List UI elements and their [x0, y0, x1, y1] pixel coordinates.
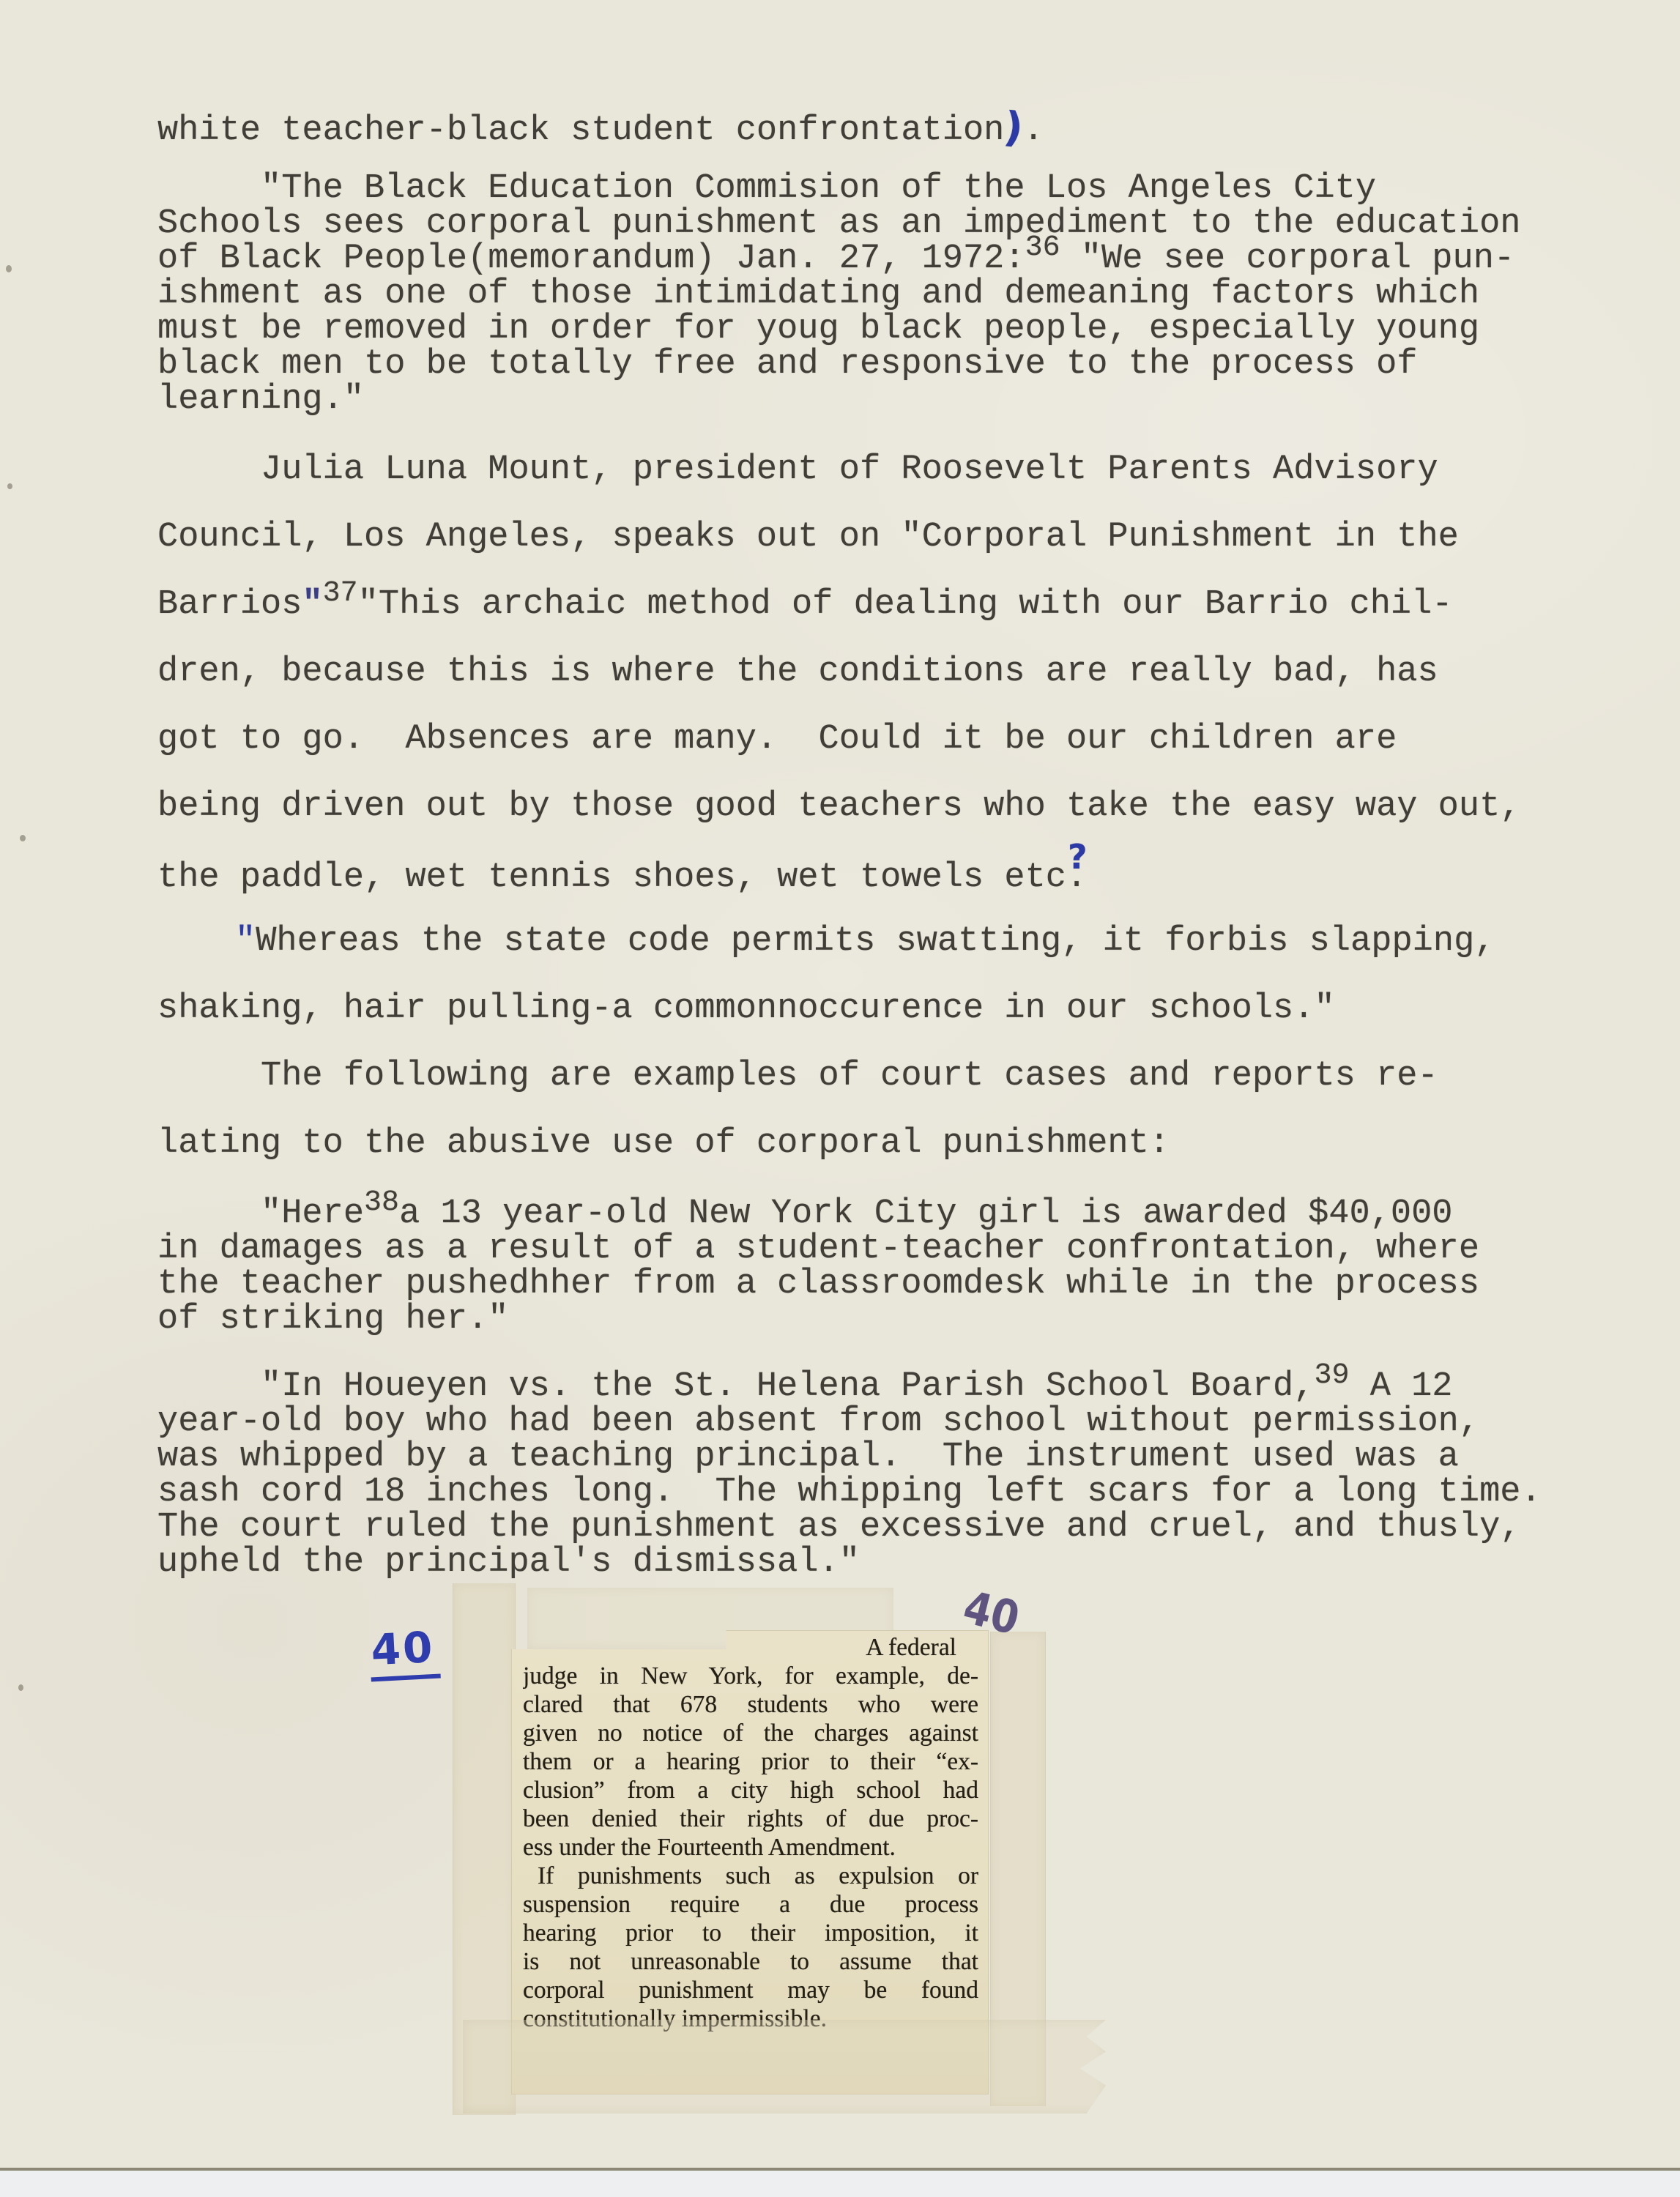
typed-text: The following are examples of court case…	[157, 1057, 1438, 1096]
clipping-text-column: A federal judge in New York, for example…	[511, 1630, 989, 2033]
typed-text: "This archaic method of dealing with our…	[358, 585, 1453, 624]
paragraph-2: "The Black Education Commision of the Lo…	[157, 171, 1615, 417]
typed-text: sash cord 18 inches long. The whipping l…	[157, 1473, 1542, 1512]
typed-line: white teacher-black student confrontatio…	[157, 108, 1615, 144]
typed-line: the paddle, wet tennis shoes, wet towels…	[157, 841, 1615, 908]
typed-text: in damages as a result of a student-teac…	[157, 1230, 1479, 1268]
clipping-line: ess under the Fourteenth Amendment.	[523, 1833, 978, 1862]
document-page: white teacher-black student confrontatio…	[0, 0, 1680, 2171]
typed-text: the teacher pushedhher from a classroomd…	[157, 1265, 1479, 1304]
typed-line: Schools sees corporal punishment as an i…	[157, 207, 1615, 242]
typed-line: was whipped by a teaching principal. The…	[157, 1440, 1615, 1475]
paragraph-1: white teacher-black student confrontatio…	[157, 108, 1615, 144]
typed-line: Council, Los Angeles, speaks out on "Cor…	[157, 504, 1615, 571]
typed-line: "In Houeyen vs. the St. Helena Parish Sc…	[157, 1369, 1615, 1405]
typed-text: shaking, hair pulling-a commonnoccurence…	[157, 989, 1335, 1028]
typed-text: got to go. Absences are many. Could it b…	[157, 720, 1397, 759]
handwritten-number-40-clipping: 40	[959, 1585, 1024, 1642]
typed-text: learning."	[157, 380, 364, 419]
typed-line: must be removed in order for youg black …	[157, 312, 1615, 347]
clipping-line: is not unreasonable to assume that	[523, 1947, 978, 1976]
handwritten-paren-annotation: )	[1003, 110, 1025, 146]
typed-text: .	[1023, 111, 1044, 150]
typed-text: Council, Los Angeles, speaks out on "Cor…	[157, 518, 1459, 557]
typed-line: The following are examples of court case…	[157, 1043, 1615, 1110]
typed-text: was whipped by a teaching principal. The…	[157, 1438, 1459, 1476]
typed-line: sash cord 18 inches long. The whipping l…	[157, 1475, 1615, 1510]
paper-speck	[18, 1684, 23, 1691]
footnote-number-38: 38	[364, 1186, 399, 1219]
typed-text: ishment as one of those intimidating and…	[157, 275, 1479, 313]
typed-text: being driven out by those good teachers …	[157, 787, 1521, 826]
typed-text: black men to be totally free and respons…	[157, 345, 1417, 384]
typed-line: black men to be totally free and respons…	[157, 347, 1615, 382]
typed-line: year-old boy who had been absent from sc…	[157, 1405, 1615, 1440]
clipping-line: them or a hearing prior to their “ex-	[523, 1747, 978, 1776]
typed-text: year-old boy who had been absent from sc…	[157, 1402, 1479, 1441]
typed-text: "The Black Education Commision of the Lo…	[157, 169, 1376, 208]
typed-text: "In Houeyen vs. the St. Helena Parish Sc…	[157, 1367, 1314, 1406]
paper-speck	[20, 835, 26, 841]
typed-text: Whereas the state code permits swatting,…	[256, 922, 1495, 961]
handwritten-quote-mark: "	[235, 922, 256, 961]
clipping-line: given no notice of the charges against	[523, 1719, 978, 1747]
typed-line: The court ruled the punishment as excess…	[157, 1510, 1615, 1545]
typed-text: Julia Luna Mount, president of Roosevelt…	[157, 450, 1438, 489]
typed-text: Schools sees corporal punishment as an i…	[157, 204, 1521, 243]
typed-text-block: white teacher-black student confrontatio…	[157, 108, 1615, 1580]
typed-text: a 13 year-old New York City girl is awar…	[399, 1194, 1452, 1233]
paper-speck	[7, 483, 12, 489]
typed-line: upheld the principal's dismissal."	[157, 1545, 1615, 1580]
typed-text: the paddle, wet tennis shoes, wet towels…	[157, 858, 1066, 897]
typed-text: lating to the abusive use of corporal pu…	[157, 1124, 1170, 1163]
clipping-line: suspension require a due process	[523, 1890, 978, 1919]
paragraph-6: "In Houeyen vs. the St. Helena Parish Sc…	[157, 1369, 1615, 1580]
footnote-number-39: 39	[1314, 1359, 1349, 1392]
typed-text: Barrios	[157, 585, 302, 624]
quote-mark-with-ink-blob: "	[302, 585, 322, 624]
clipping-line: If punishments such as expulsion or	[523, 1862, 978, 1890]
clipping-line: judge in New York, for example, de-	[523, 1662, 978, 1690]
typed-line: ishment as one of those intimidating and…	[157, 277, 1615, 312]
clipping-line: clusion” from a city high school had	[523, 1776, 978, 1804]
clipping-line: been denied their rights of due proc-	[523, 1804, 978, 1833]
typed-line: "Here38a 13 year-old New York City girl …	[157, 1197, 1615, 1232]
typed-line: in damages as a result of a student-teac…	[157, 1232, 1615, 1267]
typed-line: "Whereas the state code permits swatting…	[157, 908, 1615, 975]
tape-strip-bottom	[463, 2020, 1106, 2114]
typed-line: of striking her."	[157, 1302, 1615, 1337]
paragraph-5: "Here38a 13 year-old New York City girl …	[157, 1197, 1615, 1337]
typed-text: dren, because this is where the conditio…	[157, 653, 1438, 691]
clipping-line: hearing prior to their imposition, it	[523, 1919, 978, 1947]
handwritten-number-40-margin: 40	[368, 1626, 440, 1682]
typed-text: The court ruled the punishment as excess…	[157, 1508, 1521, 1547]
typed-line: shaking, hair pulling-a commonnoccurence…	[157, 975, 1615, 1043]
typed-line: the teacher pushedhher from a classroomd…	[157, 1267, 1615, 1302]
typed-line: being driven out by those good teachers …	[157, 773, 1615, 841]
paragraph-4: The following are examples of court case…	[157, 1043, 1615, 1178]
typed-text: must be removed in order for youg black …	[157, 310, 1479, 349]
footnote-number-37: 37	[323, 577, 358, 610]
footnote-number-36: 36	[1025, 231, 1060, 264]
typed-text: of striking her."	[157, 1300, 508, 1339]
typed-line: of Black People(memorandum) Jan. 27, 197…	[157, 242, 1615, 277]
typed-text: A 12	[1349, 1367, 1452, 1406]
typed-line: Julia Luna Mount, president of Roosevelt…	[157, 436, 1615, 504]
typed-text: "Here	[157, 1194, 364, 1233]
clipping-line: corporal punishment may be found	[523, 1976, 978, 2004]
typed-text: "We see corporal pun-	[1060, 239, 1515, 278]
clipping-line: clared that 678 students who were	[523, 1690, 978, 1719]
typed-line: "The Black Education Commision of the Lo…	[157, 171, 1615, 207]
paper-speck	[6, 265, 12, 272]
typed-line: Barrios"37"This archaic method of dealin…	[157, 571, 1615, 639]
typed-line: lating to the abusive use of corporal pu…	[157, 1110, 1615, 1178]
paragraph-3: Julia Luna Mount, president of Roosevelt…	[157, 436, 1615, 1043]
typed-line: got to go. Absences are many. Could it b…	[157, 706, 1615, 773]
typed-text: white teacher-black student confrontatio…	[157, 111, 1004, 150]
typed-text: upheld the principal's dismissal."	[157, 1543, 860, 1582]
typed-text: of Black People(memorandum) Jan. 27, 197…	[157, 239, 1025, 278]
typed-line: dren, because this is where the conditio…	[157, 639, 1615, 706]
typed-line: learning."	[157, 382, 1615, 417]
